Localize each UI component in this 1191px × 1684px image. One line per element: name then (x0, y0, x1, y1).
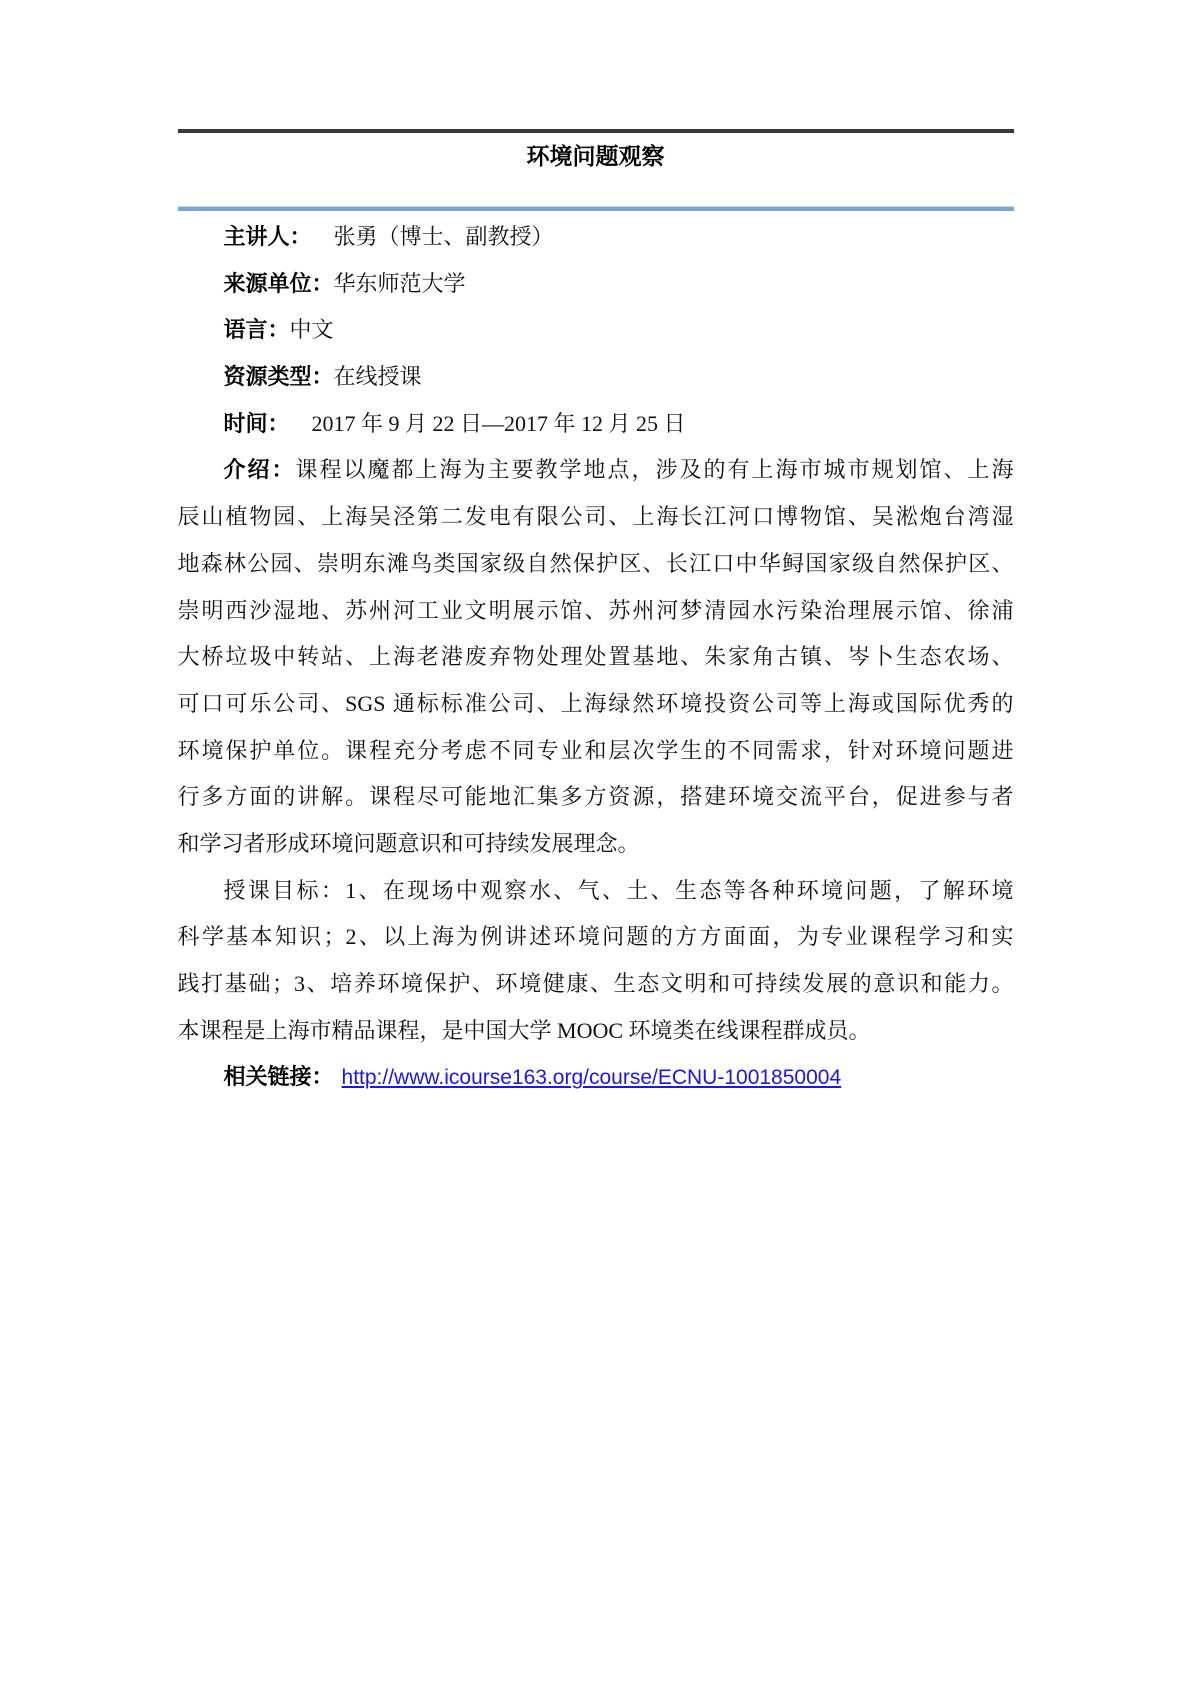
intro-line: 行多方面的讲解。课程尽可能地汇集多方资源，搭建环境交流平台，促进参与者 (178, 774, 1014, 821)
field-value: 华东师范大学 (334, 271, 466, 296)
goals-line: 本课程是上海市精品课程，是中国大学 MOOC 环境类在线课程群成员。 (178, 1008, 1014, 1055)
intro-line: 大桥垃圾中转站、上海老港废弃物处理处置基地、朱家角古镇、岑卜生态农场、 (178, 634, 1014, 681)
field-value: 在线授课 (334, 364, 422, 389)
intro-text: 课程以魔都上海为主要教学地点，涉及的有上海市城市规划馆、上海 (296, 457, 1014, 482)
field-row-language: 语言：中文 (178, 307, 1014, 354)
field-label: 时间： (224, 411, 290, 436)
goals-line: 践打基础；3、培养环境保护、环境健康、生态文明和可持续发展的意识和能力。 (178, 961, 1014, 1008)
intro-line: 辰山植物园、上海吴泾第二发电有限公司、上海长江河口博物馆、吴淞炮台湾湿 (178, 494, 1014, 541)
field-row-resource-type: 资源类型：在线授课 (178, 354, 1014, 401)
intro-label: 介绍： (224, 457, 296, 482)
field-row-time: 时间：2017 年 9 月 22 日—2017 年 12 月 25 日 (178, 401, 1014, 448)
document-page: { "title": "环境问题观察", "colors": { "header… (0, 0, 1191, 1684)
title-underline-rule (178, 206, 1014, 211)
field-value: 张勇（博士、副教授） (334, 224, 554, 249)
intro-line: 介绍：课程以魔都上海为主要教学地点，涉及的有上海市城市规划馆、上海 (178, 447, 1014, 494)
field-label: 主讲人： (224, 224, 312, 249)
field-value: 2017 年 9 月 22 日—2017 年 12 月 25 日 (312, 411, 686, 436)
goals-line: 科学基本知识；2、以上海为例讲述环境问题的方方面面，为专业课程学习和实 (178, 914, 1014, 961)
intro-line: 环境保护单位。课程充分考虑不同专业和层次学生的不同需求，针对环境问题进 (178, 728, 1014, 775)
document-content: 环境问题观察 主讲人：张勇（博士、副教授） 来源单位：华东师范大学 语言：中文 … (178, 129, 1014, 1101)
intro-line: 可口可乐公司、SGS 通标标准公司、上海绿然环境投资公司等上海或国际优秀的 (178, 681, 1014, 728)
field-label: 来源单位： (224, 271, 334, 296)
field-row-speaker: 主讲人：张勇（博士、副教授） (178, 214, 1014, 261)
goals-line: 授课目标：1、在现场中观察水、气、土、生态等各种环境问题，了解环境 (178, 868, 1014, 915)
field-label: 语言： (224, 317, 290, 342)
field-row-source: 来源单位：华东师范大学 (178, 261, 1014, 308)
intro-line: 崇明西沙湿地、苏州河工业文明展示馆、苏州河梦清园水污染治理展示馆、徐浦 (178, 588, 1014, 635)
field-label: 资源类型： (224, 364, 334, 389)
page-title: 环境问题观察 (178, 133, 1014, 181)
link-row: 相关链接：http://www.icourse163.org/course/EC… (178, 1054, 1014, 1101)
link-label: 相关链接： (224, 1064, 334, 1089)
intro-line: 地森林公园、崇明东滩鸟类国家级自然保护区、长江口中华鲟国家级自然保护区、 (178, 541, 1014, 588)
intro-line: 和学习者形成环境问题意识和可持续发展理念。 (178, 821, 1014, 868)
field-value: 中文 (290, 317, 334, 342)
course-link[interactable]: http://www.icourse163.org/course/ECNU-10… (342, 1066, 842, 1089)
document-body: 主讲人：张勇（博士、副教授） 来源单位：华东师范大学 语言：中文 资源类型：在线… (178, 214, 1014, 1101)
